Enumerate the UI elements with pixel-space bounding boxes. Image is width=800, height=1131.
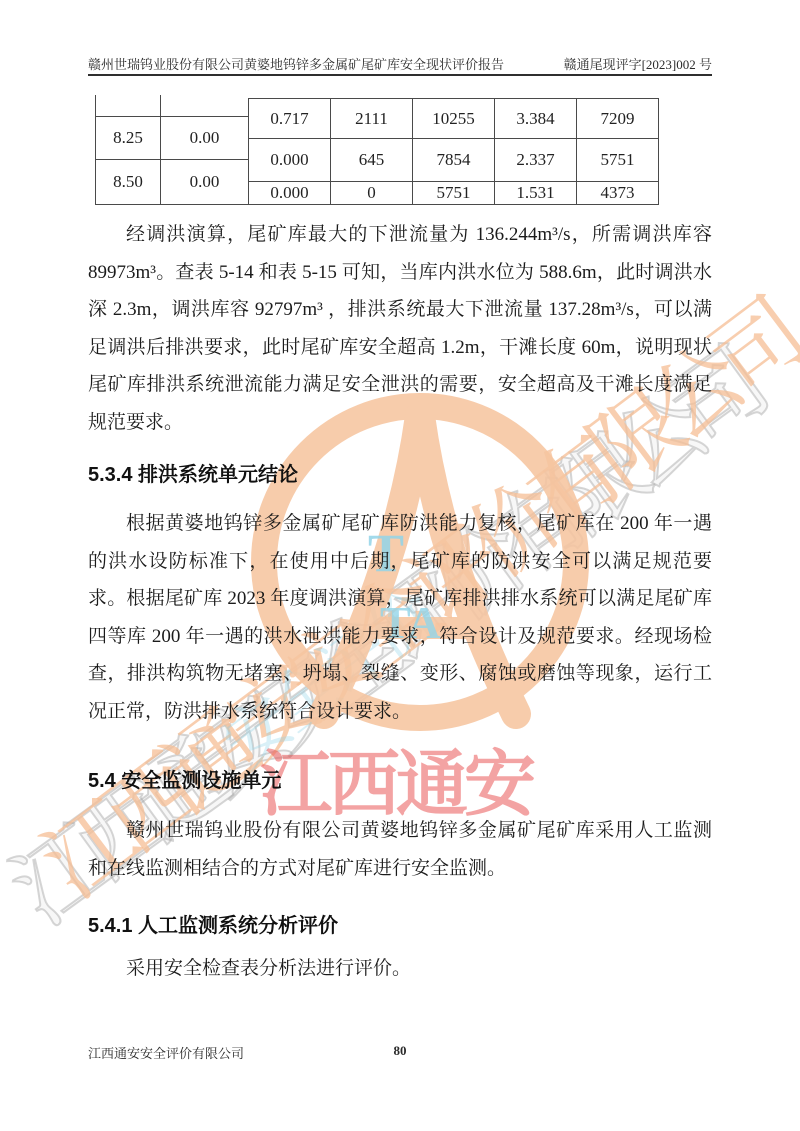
paragraph-flood-routing-result: 经调洪演算，尾矿库最大的下泄流量为 136.244m³/s，所需调洪库容 899… bbox=[88, 216, 712, 441]
table-cell: 0 bbox=[330, 182, 412, 204]
table-cell: 5751 bbox=[576, 139, 658, 181]
table-cell: 1.531 bbox=[494, 182, 576, 204]
table-cell: 10255 bbox=[412, 99, 494, 138]
paragraph-monitoring-intro: 赣州世瑞钨业股份有限公司黄婆地钨锌多金属矿尾矿库采用人工监测和在线监测相结合的方… bbox=[88, 812, 712, 887]
table-cell: 4373 bbox=[576, 182, 658, 204]
paragraph-drainage-conclusion: 根据黄婆地钨锌多金属矿尾矿库防洪能力复核，尾矿库在 200 年一遇的洪水设防标准… bbox=[88, 505, 712, 730]
table-cell: 0.000 bbox=[248, 139, 330, 181]
page-header: 赣州世瑞钨业股份有限公司黄婆地钨锌多金属矿尾矿库安全现状评价报告 赣通尾现评字[… bbox=[88, 54, 712, 73]
page-number: 80 bbox=[390, 1043, 410, 1059]
table-cell: 0.00 bbox=[160, 117, 248, 159]
table-row: 0.000 645 7854 2.337 5751 bbox=[248, 139, 658, 182]
table-cell: 7854 bbox=[412, 139, 494, 181]
table-cell bbox=[160, 95, 248, 116]
table-cell: 8.25 bbox=[95, 117, 160, 159]
table-right-section: 0.717 2111 10255 3.384 7209 0.000 645 78… bbox=[248, 98, 659, 205]
table-cell: 2.337 bbox=[494, 139, 576, 181]
table-row: 8.25 0.00 bbox=[95, 117, 248, 160]
table-left-section: 8.25 0.00 8.50 0.00 bbox=[95, 95, 248, 205]
paragraph-checklist-method: 采用安全检查表分析法进行评价。 bbox=[88, 950, 712, 988]
header-rule bbox=[88, 74, 712, 76]
heading-5-4-1: 5.4.1 人工监测系统分析评价 bbox=[88, 909, 712, 938]
table-cell: 0.000 bbox=[248, 182, 330, 204]
report-page: 江西通安安全评价有限公司 江西通安安全评价有限公司 安全评价 T TA 江西通安… bbox=[0, 0, 800, 1131]
header-document-number: 赣通尾现评字[2023]002 号 bbox=[564, 54, 712, 73]
table-row: 8.50 0.00 bbox=[95, 160, 248, 205]
table-cell bbox=[95, 95, 160, 116]
page-footer: 江西通安安全评价有限公司 80 bbox=[88, 1043, 712, 1062]
table-row bbox=[95, 95, 248, 117]
header-report-title: 赣州世瑞钨业股份有限公司黄婆地钨锌多金属矿尾矿库安全现状评价报告 bbox=[88, 54, 504, 73]
table-cell: 2111 bbox=[330, 99, 412, 138]
flood-routing-table: 8.25 0.00 8.50 0.00 0.717 2111 10255 3.3… bbox=[95, 95, 659, 205]
table-cell: 5751 bbox=[412, 182, 494, 204]
table-row: 0.000 0 5751 1.531 4373 bbox=[248, 182, 658, 205]
table-cell: 0.717 bbox=[248, 99, 330, 138]
table-cell: 7209 bbox=[576, 99, 658, 138]
footer-company-name: 江西通安安全评价有限公司 bbox=[88, 1046, 244, 1061]
table-cell: 8.50 bbox=[95, 160, 160, 204]
heading-5-4: 5.4 安全监测设施单元 bbox=[88, 764, 712, 793]
heading-5-3-4: 5.3.4 排洪系统单元结论 bbox=[88, 458, 712, 487]
table-cell: 645 bbox=[330, 139, 412, 181]
table-cell: 0.00 bbox=[160, 160, 248, 204]
table-cell: 3.384 bbox=[494, 99, 576, 138]
table-row: 0.717 2111 10255 3.384 7209 bbox=[248, 99, 658, 139]
